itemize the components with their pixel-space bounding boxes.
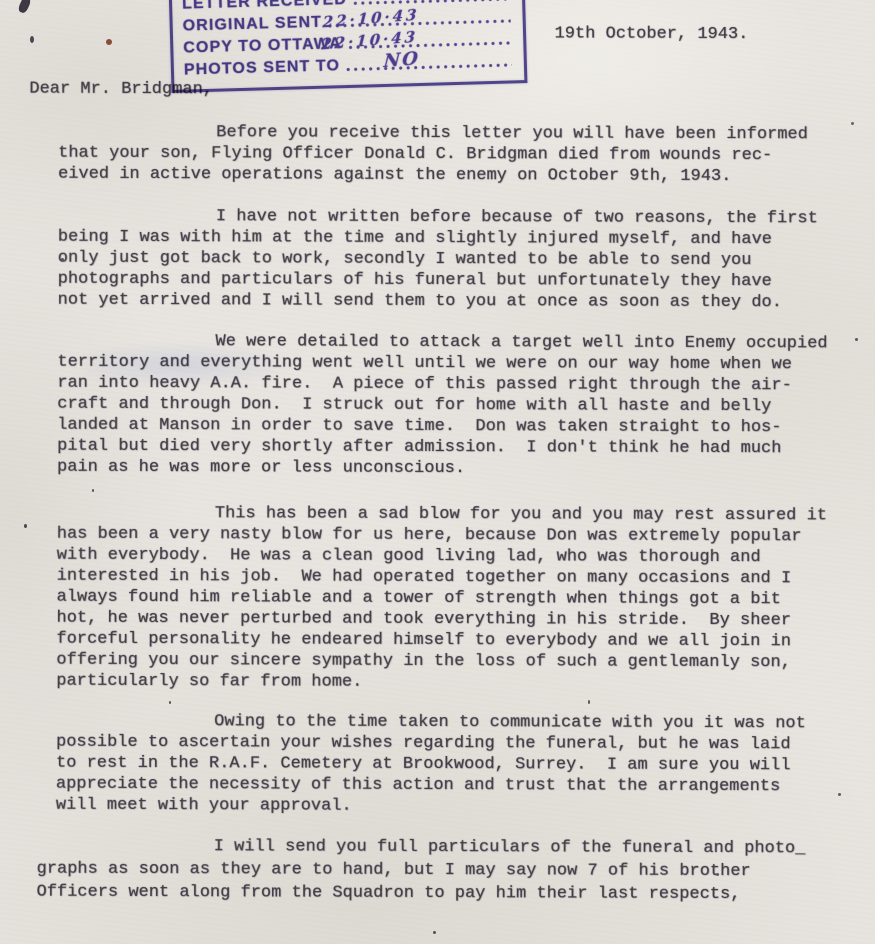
letter-date: 19th October, 1943. bbox=[554, 23, 748, 45]
letter-body: 19th October, 1943. Dear Mr. Bridgman, B… bbox=[0, 0, 875, 944]
ink-speck bbox=[92, 489, 94, 492]
scanned-letter-page: 19th October, 1943. Dear Mr. Bridgman, B… bbox=[0, 0, 875, 944]
ink-speck bbox=[61, 258, 64, 261]
ink-speck bbox=[851, 122, 854, 125]
paragraph-2: I have not written before because of two… bbox=[58, 206, 818, 314]
ink-speck bbox=[24, 524, 27, 528]
ink-speck bbox=[855, 338, 858, 341]
ink-speck bbox=[30, 36, 34, 43]
ink-speck bbox=[838, 793, 841, 796]
paragraph-1: Before you receive this letter you will … bbox=[58, 122, 808, 188]
ink-speck bbox=[433, 931, 436, 934]
stamp-handwritten-value: NO bbox=[383, 48, 420, 72]
dotted-leader bbox=[346, 62, 512, 72]
routing-stamp: LETTER RECEIVED 22·10·43 ORIGINAL SENT 2… bbox=[169, 0, 528, 93]
ink-speck bbox=[716, 873, 719, 876]
ink-speck bbox=[106, 39, 112, 45]
paragraph-6: I will send you full particulars of the … bbox=[36, 835, 805, 907]
ink-speck bbox=[588, 700, 590, 704]
ink-speck bbox=[169, 701, 171, 704]
paragraph-3: We were detailed to attack a target well… bbox=[57, 331, 828, 481]
paragraph-5: Owing to the time taken to communicate w… bbox=[56, 711, 806, 819]
stamp-label: PHOTOS SENT TO bbox=[184, 56, 341, 79]
paragraph-4: This has been a sad blow for you and you… bbox=[56, 503, 827, 695]
